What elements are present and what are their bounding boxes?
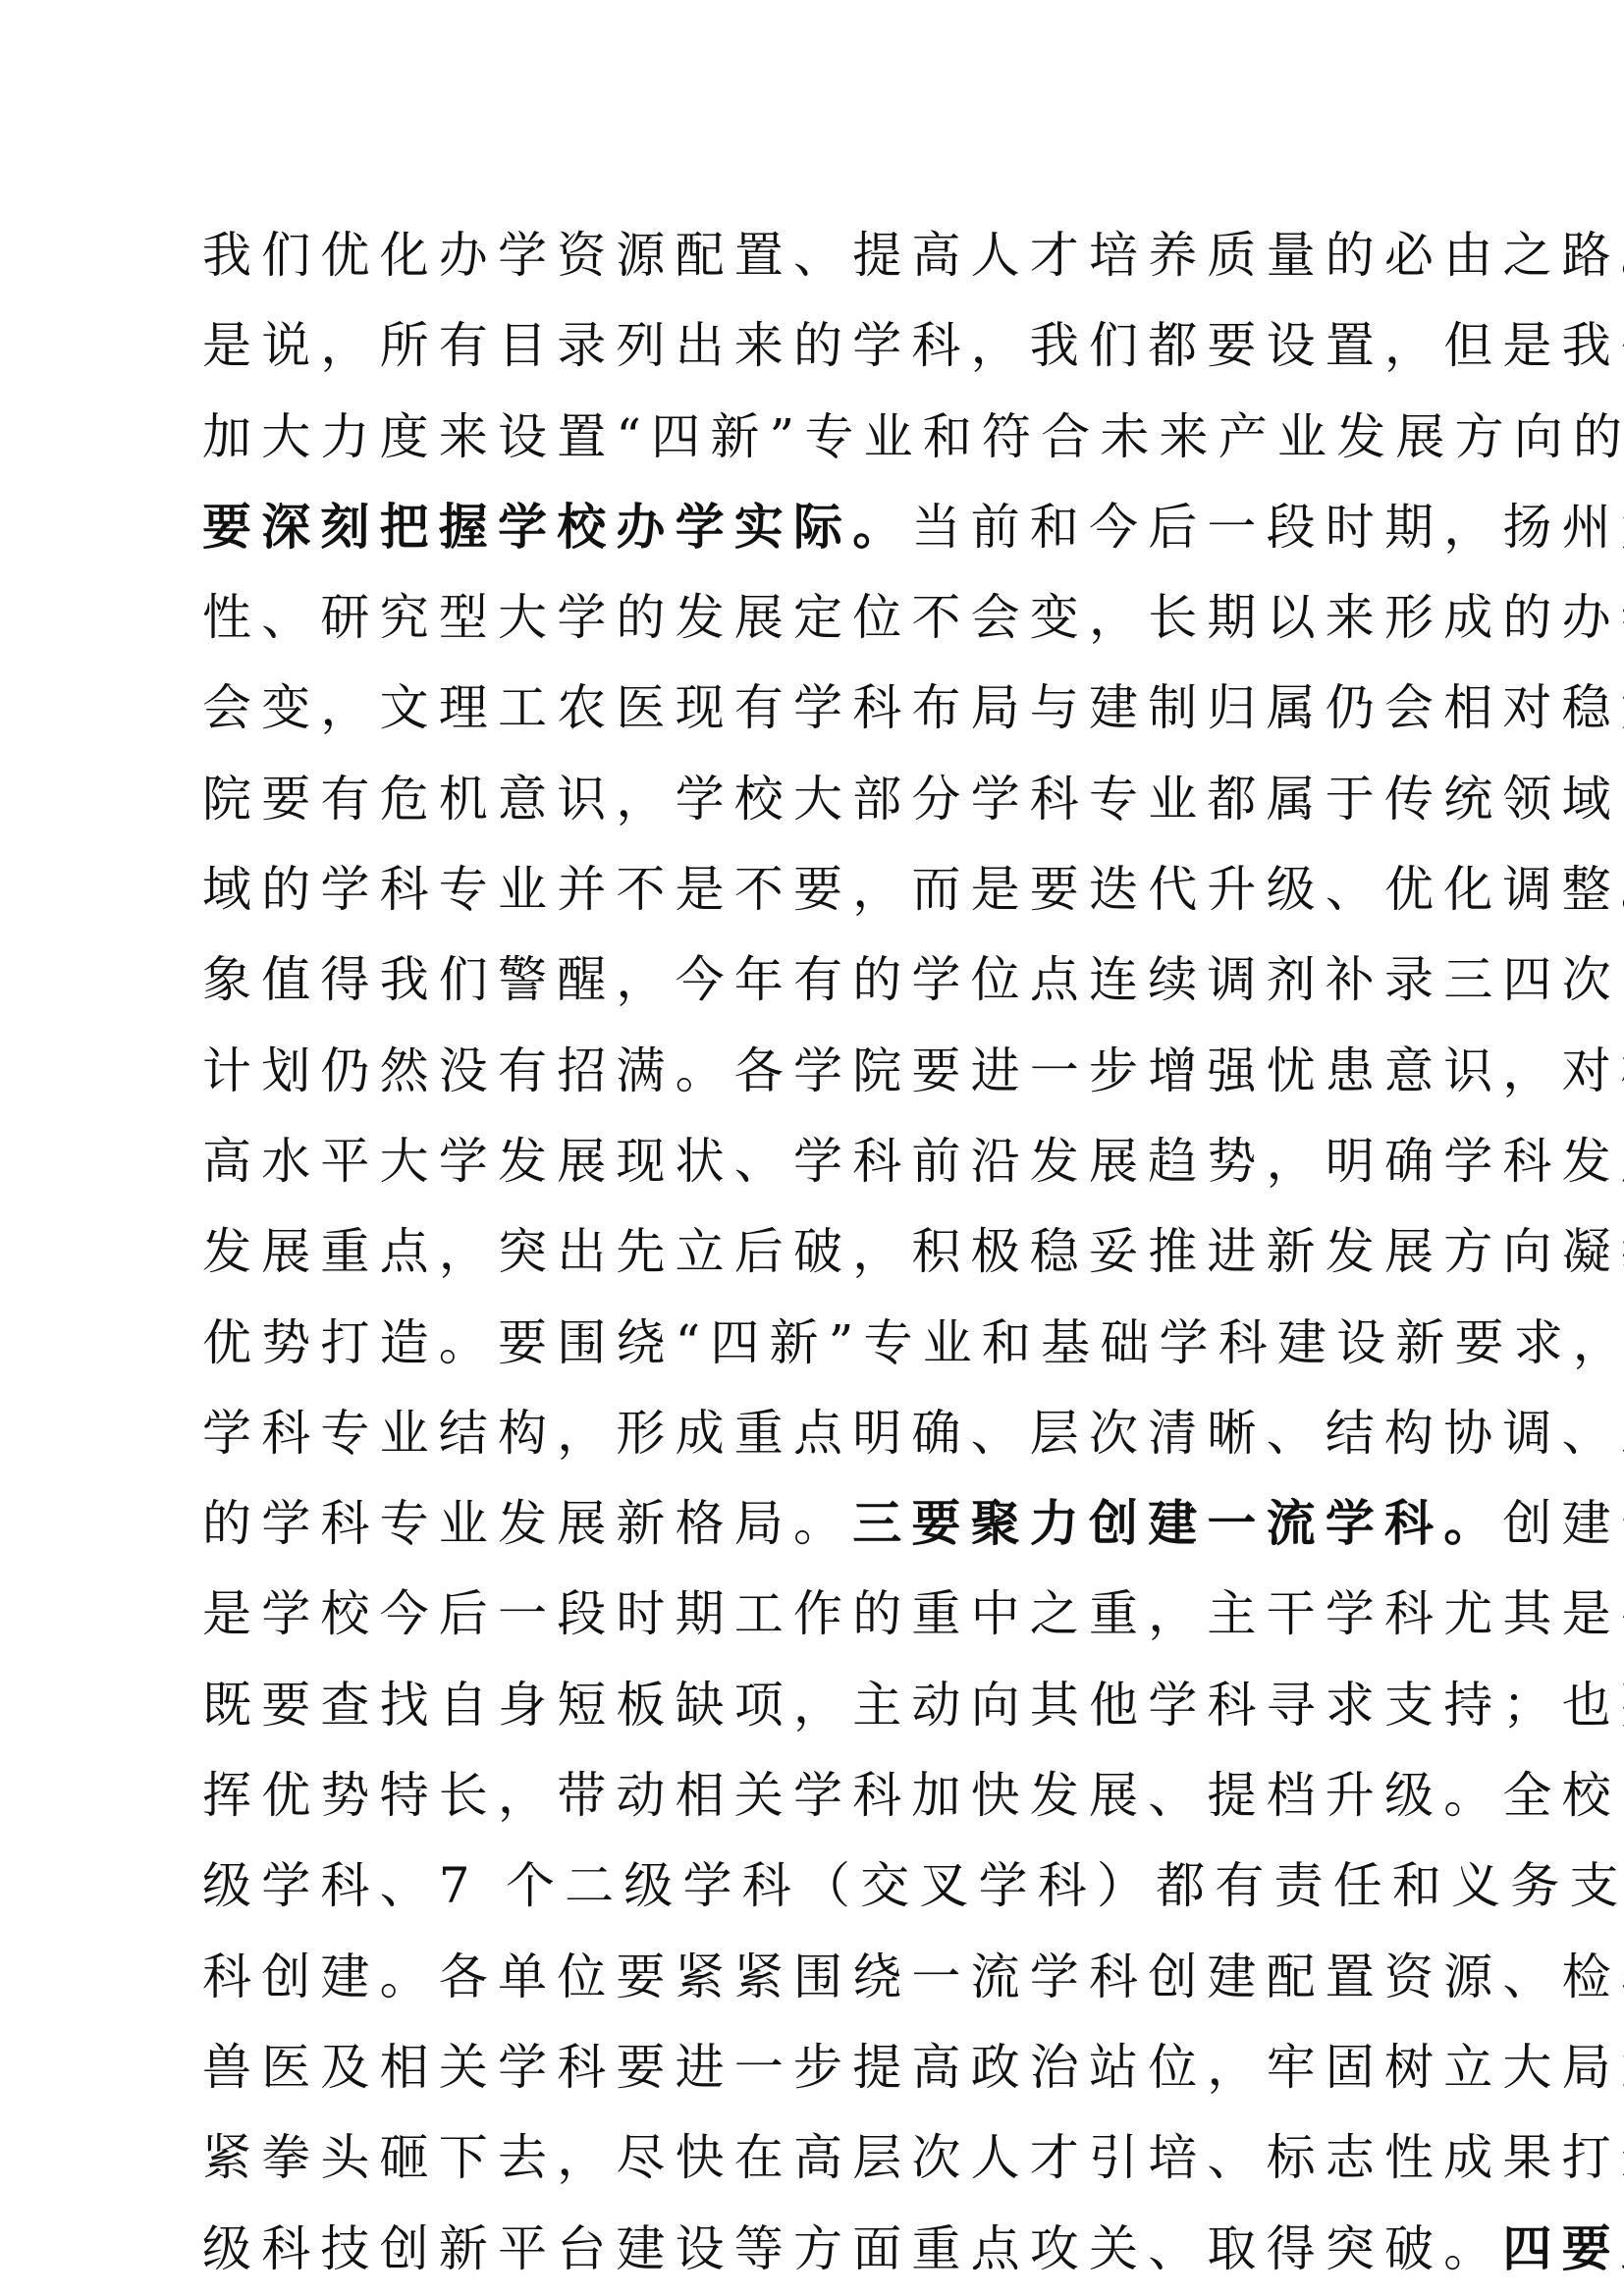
body-text: 的学科专业发展新格局。 xyxy=(202,1495,852,1552)
text-line: 加大力度来设置“四新”专业和符合未来产业发展方向的学科。二 xyxy=(202,392,1424,482)
body-text: 当前和今后一段时期，扬州大学综合 xyxy=(911,499,1624,556)
body-text: 创建一流学科 xyxy=(1502,1495,1624,1552)
bold-heading-text: 三要聚力创建一流学科。 xyxy=(852,1494,1502,1552)
text-line: 级学科、7 个二级学科（交叉学科）都有责任和义务支持一流学 xyxy=(202,1841,1424,1931)
text-line: 院要有危机意识，学校大部分学科专业都属于传统领域，传统领 xyxy=(202,754,1424,844)
text-line: 发展重点，突出先立后破，积极稳妥推进新发展方向凝练与特色 xyxy=(202,1206,1424,1297)
body-text: 域的学科专业并不是不要，而是要迭代升级、优化调整。有些迹 xyxy=(202,861,1624,918)
text-line: 级科技创新平台建设等方面重点攻关、取得突破。四要坚定推进 xyxy=(202,2204,1424,2294)
body-text: 是说，所有目录列出来的学科，我们都要设置，但是我们一定要 xyxy=(202,317,1624,374)
body-paragraph: 我们优化办学资源配置、提高人才培养质量的必由之路。当然不是说，所有目录列出来的学… xyxy=(202,210,1424,2294)
body-text: 是学校今后一段时期工作的重中之重，主干学科尤其是兽医学科 xyxy=(202,1585,1624,1642)
body-text: 兽医及相关学科要进一步提高政治站位，牢固树立大局意识，攥 xyxy=(202,2039,1624,2096)
text-line: 挥优势特长，带动相关学科加快发展、提档升级。全校 51 个一 xyxy=(202,1750,1424,1841)
body-text: 紧拳头砸下去，尽快在高层次人才引培、标志性成果打造、国家 xyxy=(202,2129,1624,2186)
body-text: 级学科、7 个二级学科（交叉学科）都有责任和义务支持一流学 xyxy=(202,1857,1624,1914)
text-line: 的学科专业发展新格局。三要聚力创建一流学科。创建一流学科 xyxy=(202,1478,1424,1569)
document-page: 我们优化办学资源配置、提高人才培养质量的必由之路。当然不是说，所有目录列出来的学… xyxy=(202,210,1424,2294)
body-text: 院要有危机意识，学校大部分学科专业都属于传统领域，传统领 xyxy=(202,771,1624,828)
body-text: 象值得我们警醒，今年有的学位点连续调剂补录三四次，研究生 xyxy=(202,951,1624,1008)
body-text: 挥优势特长，带动相关学科加快发展、提档升级。全校 51 个一 xyxy=(202,1767,1624,1824)
text-line: 是说，所有目录列出来的学科，我们都要设置，但是我们一定要 xyxy=(202,300,1424,391)
text-line: 优势打造。要围绕“四新”专业和基础学科建设新要求，全面优化 xyxy=(202,1298,1424,1388)
text-line: 域的学科专业并不是不要，而是要迭代升级、优化调整。有些迹 xyxy=(202,844,1424,934)
text-line: 学科专业结构，形成重点明确、层次清晰、结构协调、互为支撑 xyxy=(202,1388,1424,1478)
text-line: 是学校今后一段时期工作的重中之重，主干学科尤其是兽医学科 xyxy=(202,1569,1424,1659)
text-line: 紧拳头砸下去，尽快在高层次人才引培、标志性成果打造、国家 xyxy=(202,2112,1424,2203)
body-text: 我们优化办学资源配置、提高人才培养质量的必由之路。当然不 xyxy=(202,227,1624,284)
text-line: 高水平大学发展现状、学科前沿发展趋势，明确学科发展方向与 xyxy=(202,1116,1424,1206)
text-line: 性、研究型大学的发展定位不会变，长期以来形成的办学特色不 xyxy=(202,572,1424,663)
body-text: 学科专业结构，形成重点明确、层次清晰、结构协调、互为支撑 xyxy=(202,1405,1624,1462)
text-line: 计划仍然没有招满。各学院要进一步增强忧患意识，对标国内外 xyxy=(202,1026,1424,1116)
text-line: 科创建。各单位要紧紧围绕一流学科创建配置资源、检验成效。 xyxy=(202,1932,1424,2022)
body-text: 计划仍然没有招满。各学院要进一步增强忧患意识，对标国内外 xyxy=(202,1042,1624,1099)
body-text: 发展重点，突出先立后破，积极稳妥推进新发展方向凝练与特色 xyxy=(202,1223,1624,1280)
body-text: 加大力度来设置“四新”专业和符合未来产业发展方向的学科。二 xyxy=(202,408,1624,465)
bold-heading-text: 四要坚定推进 xyxy=(1502,2219,1624,2277)
body-text: 既要查找自身短板缺项，主动向其他学科寻求支持；也要注重发 xyxy=(202,1677,1624,1734)
body-text: 高水平大学发展现状、学科前沿发展趋势，明确学科发展方向与 xyxy=(202,1133,1624,1190)
text-line: 兽医及相关学科要进一步提高政治站位，牢固树立大局意识，攥 xyxy=(202,2022,1424,2112)
text-line: 会变，文理工农医现有学科布局与建制归属仍会相对稳定。各学 xyxy=(202,663,1424,753)
text-line: 既要查找自身短板缺项，主动向其他学科寻求支持；也要注重发 xyxy=(202,1660,1424,1750)
body-text: 科创建。各单位要紧紧围绕一流学科创建配置资源、检验成效。 xyxy=(202,1949,1624,2005)
body-text: 优势打造。要围绕“四新”专业和基础学科建设新要求，全面优化 xyxy=(202,1314,1624,1371)
bold-heading-text: 要深刻把握学校办学实际。 xyxy=(202,498,911,556)
body-text: 会变，文理工农医现有学科布局与建制归属仍会相对稳定。各学 xyxy=(202,679,1624,736)
text-line: 象值得我们警醒，今年有的学位点连续调剂补录三四次，研究生 xyxy=(202,934,1424,1025)
body-text: 级科技创新平台建设等方面重点攻关、取得突破。 xyxy=(202,2220,1502,2277)
text-line: 要深刻把握学校办学实际。当前和今后一段时期，扬州大学综合 xyxy=(202,482,1424,572)
body-text: 性、研究型大学的发展定位不会变，长期以来形成的办学特色不 xyxy=(202,589,1624,646)
text-line: 我们优化办学资源配置、提高人才培养质量的必由之路。当然不 xyxy=(202,210,1424,300)
